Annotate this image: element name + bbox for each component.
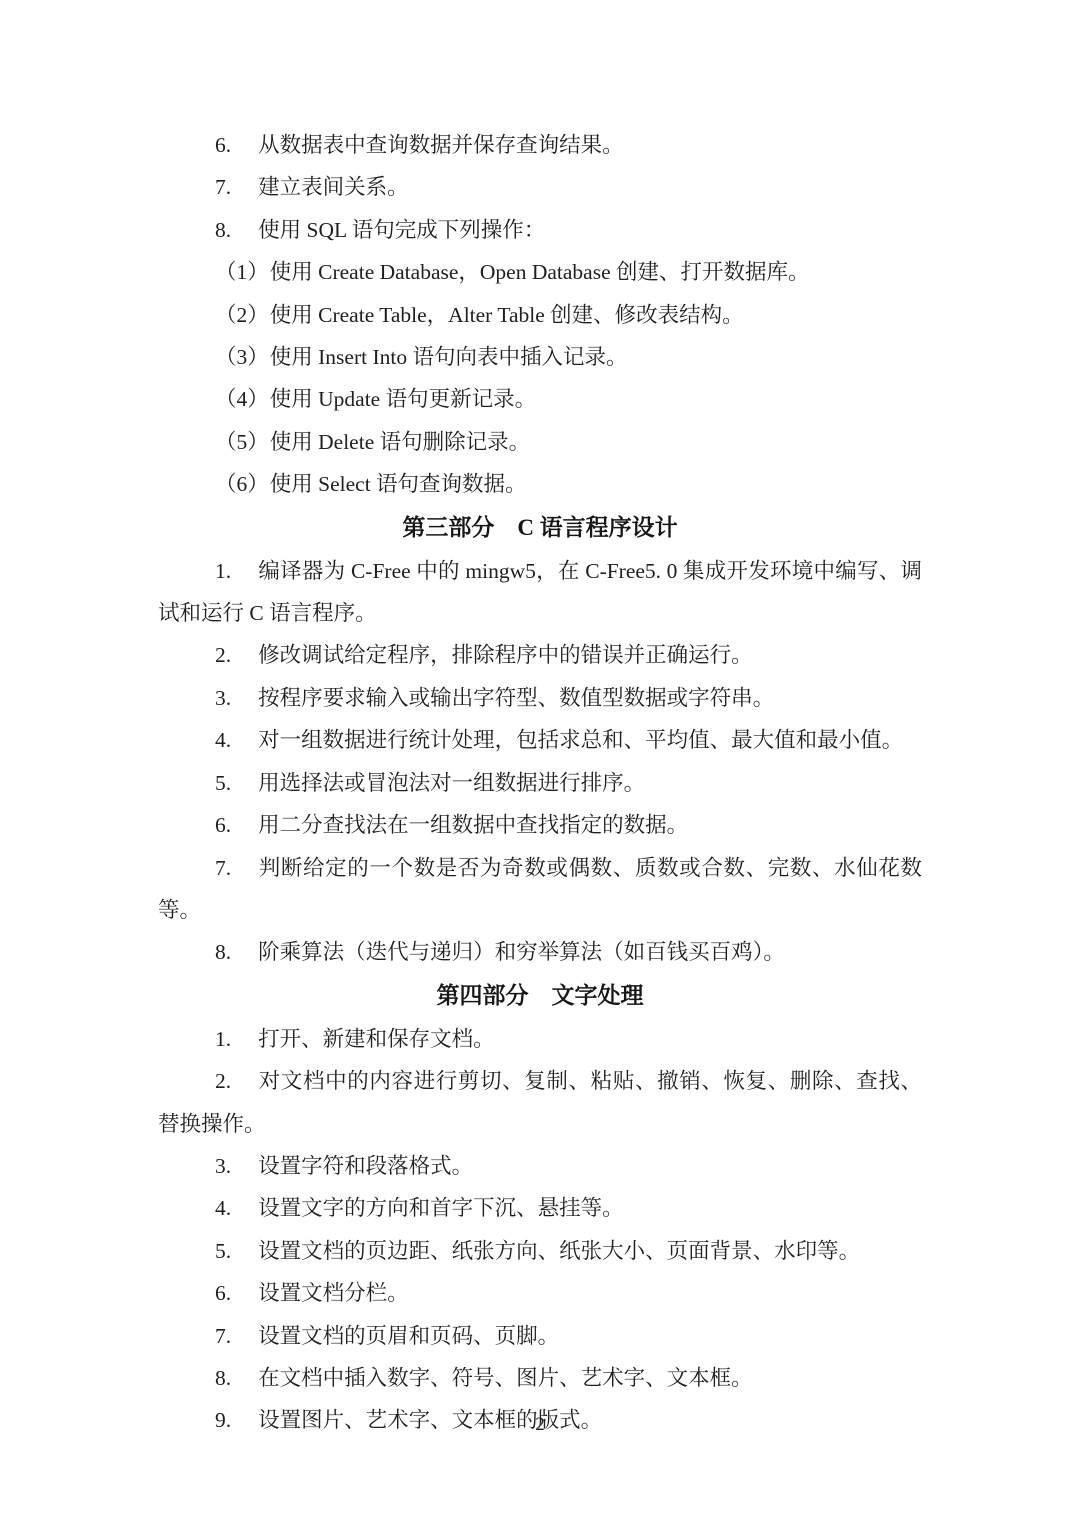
item-text: 用选择法或冒泡法对一组数据进行排序。: [258, 771, 645, 795]
list-item: （1）使用 Create Database，Open Database 创建、打…: [158, 251, 922, 293]
list-item: （3）使用 Insert Into 语句向表中插入记录。: [158, 336, 922, 378]
item-text: 建立表间关系。: [258, 175, 409, 199]
item-number: 8.: [215, 218, 231, 242]
list-item: 3.设置字符和段落格式。: [158, 1145, 922, 1187]
item-text: 按程序要求输入或输出字符型、数值型数据或字符串。: [258, 686, 774, 710]
list-item: 2.对文档中的内容进行剪切、复制、粘贴、撤销、恢复、删除、查找、替换操作。: [158, 1060, 922, 1145]
list-item: 4.对一组数据进行统计处理，包括求总和、平均值、最大值和最小值。: [158, 719, 922, 761]
item-number: 4.: [215, 728, 231, 752]
list-item: 7.建立表间关系。: [158, 166, 922, 208]
list-item: （4）使用 Update 语句更新记录。: [158, 378, 922, 420]
item-number: （3）: [215, 345, 269, 369]
item-number: 7.: [215, 856, 231, 880]
list-item: 1.编译器为 C-Free 中的 mingw5，在 C-Free5. 0 集成开…: [158, 550, 922, 635]
page-number: 2: [535, 1414, 545, 1435]
item-text: 使用 Select 语句查询数据。: [270, 472, 527, 496]
list-item: （2）使用 Create Table，Alter Table 创建、修改表结构。: [158, 294, 922, 336]
document-page: 6.从数据表中查询数据并保存查询结果。 7.建立表间关系。 8.使用 SQL 语…: [0, 0, 1080, 1527]
list-item: 6.设置文档分栏。: [158, 1272, 922, 1314]
item-number: 8.: [215, 1366, 231, 1390]
item-number: 3.: [215, 686, 231, 710]
item-number: 2.: [215, 643, 231, 667]
item-number: 1.: [215, 559, 231, 583]
item-text: 修改调试给定程序，排除程序中的错误并正确运行。: [258, 643, 753, 667]
list-item: 1.打开、新建和保存文档。: [158, 1018, 922, 1060]
list-item: 5.用选择法或冒泡法对一组数据进行排序。: [158, 762, 922, 804]
page-footer: 2: [0, 1412, 1080, 1438]
item-text: 使用 Delete 语句删除记录。: [270, 430, 530, 454]
item-text: 设置文字的方向和首字下沉、悬挂等。: [258, 1196, 624, 1220]
item-number: 3.: [215, 1154, 231, 1178]
list-item: 6.从数据表中查询数据并保存查询结果。: [158, 124, 922, 166]
item-text: 使用 Create Table，Alter Table 创建、修改表结构。: [270, 303, 744, 327]
item-number: 6.: [215, 1281, 231, 1305]
item-number: 7.: [215, 1324, 231, 1348]
item-number: （5）: [215, 430, 269, 454]
list-item: 8.阶乘算法（迭代与递归）和穷举算法（如百钱买百鸡）。: [158, 931, 922, 973]
item-number: 2.: [215, 1069, 231, 1093]
list-item: 4.设置文字的方向和首字下沉、悬挂等。: [158, 1187, 922, 1229]
list-item: （6）使用 Select 语句查询数据。: [158, 463, 922, 505]
item-text: 编译器为 C-Free 中的 mingw5，在 C-Free5. 0 集成开发环…: [158, 559, 922, 625]
item-text: 打开、新建和保存文档。: [258, 1027, 495, 1051]
item-number: 5.: [215, 771, 231, 795]
item-number: （1）: [215, 260, 269, 284]
item-number: 8.: [215, 940, 231, 964]
item-text: 判断给定的一个数是否为奇数或偶数、质数或合数、完数、水仙花数等。: [158, 856, 922, 922]
list-item: 5.设置文档的页边距、纸张方向、纸张大小、页面背景、水印等。: [158, 1230, 922, 1272]
list-item: 7.判断给定的一个数是否为奇数或偶数、质数或合数、完数、水仙花数等。: [158, 847, 922, 932]
list-item: 8.在文档中插入数字、符号、图片、艺术字、文本框。: [158, 1357, 922, 1399]
item-text: 使用 Create Database，Open Database 创建、打开数据…: [270, 260, 810, 284]
section-heading-part4: 第四部分 文字处理: [158, 974, 922, 1018]
list-item: 7.设置文档的页眉和页码、页脚。: [158, 1315, 922, 1357]
list-item: 3.按程序要求输入或输出字符型、数值型数据或字符串。: [158, 677, 922, 719]
item-number: 6.: [215, 133, 231, 157]
item-text: 使用 SQL 语句完成下列操作：: [258, 218, 545, 242]
list-item: （5）使用 Delete 语句删除记录。: [158, 421, 922, 463]
item-number: 5.: [215, 1239, 231, 1263]
item-number: （6）: [215, 472, 269, 496]
list-item: 2.修改调试给定程序，排除程序中的错误并正确运行。: [158, 634, 922, 676]
item-text: 设置文档分栏。: [258, 1281, 409, 1305]
list-item: 6.用二分查找法在一组数据中查找指定的数据。: [158, 804, 922, 846]
item-text: 用二分查找法在一组数据中查找指定的数据。: [258, 813, 688, 837]
list-item: 8.使用 SQL 语句完成下列操作：: [158, 209, 922, 251]
item-text: 阶乘算法（迭代与递归）和穷举算法（如百钱买百鸡）。: [258, 940, 785, 964]
item-text: 对文档中的内容进行剪切、复制、粘贴、撤销、恢复、删除、查找、替换操作。: [158, 1069, 922, 1135]
item-number: （4）: [215, 387, 269, 411]
item-number: 6.: [215, 813, 231, 837]
item-number: 1.: [215, 1027, 231, 1051]
item-text: 使用 Update 语句更新记录。: [270, 387, 536, 411]
item-number: （2）: [215, 303, 269, 327]
item-number: 4.: [215, 1196, 231, 1220]
document-content: 6.从数据表中查询数据并保存查询结果。 7.建立表间关系。 8.使用 SQL 语…: [158, 124, 922, 1442]
item-text: 使用 Insert Into 语句向表中插入记录。: [270, 345, 628, 369]
item-text: 设置文档的页眉和页码、页脚。: [258, 1324, 559, 1348]
item-text: 在文档中插入数字、符号、图片、艺术字、文本框。: [258, 1366, 753, 1390]
item-number: 7.: [215, 175, 231, 199]
item-text: 从数据表中查询数据并保存查询结果。: [258, 133, 624, 157]
item-text: 对一组数据进行统计处理，包括求总和、平均值、最大值和最小值。: [258, 728, 903, 752]
item-text: 设置文档的页边距、纸张方向、纸张大小、页面背景、水印等。: [258, 1239, 860, 1263]
item-text: 设置字符和段落格式。: [258, 1154, 473, 1178]
section-heading-part3: 第三部分 C 语言程序设计: [158, 506, 922, 550]
